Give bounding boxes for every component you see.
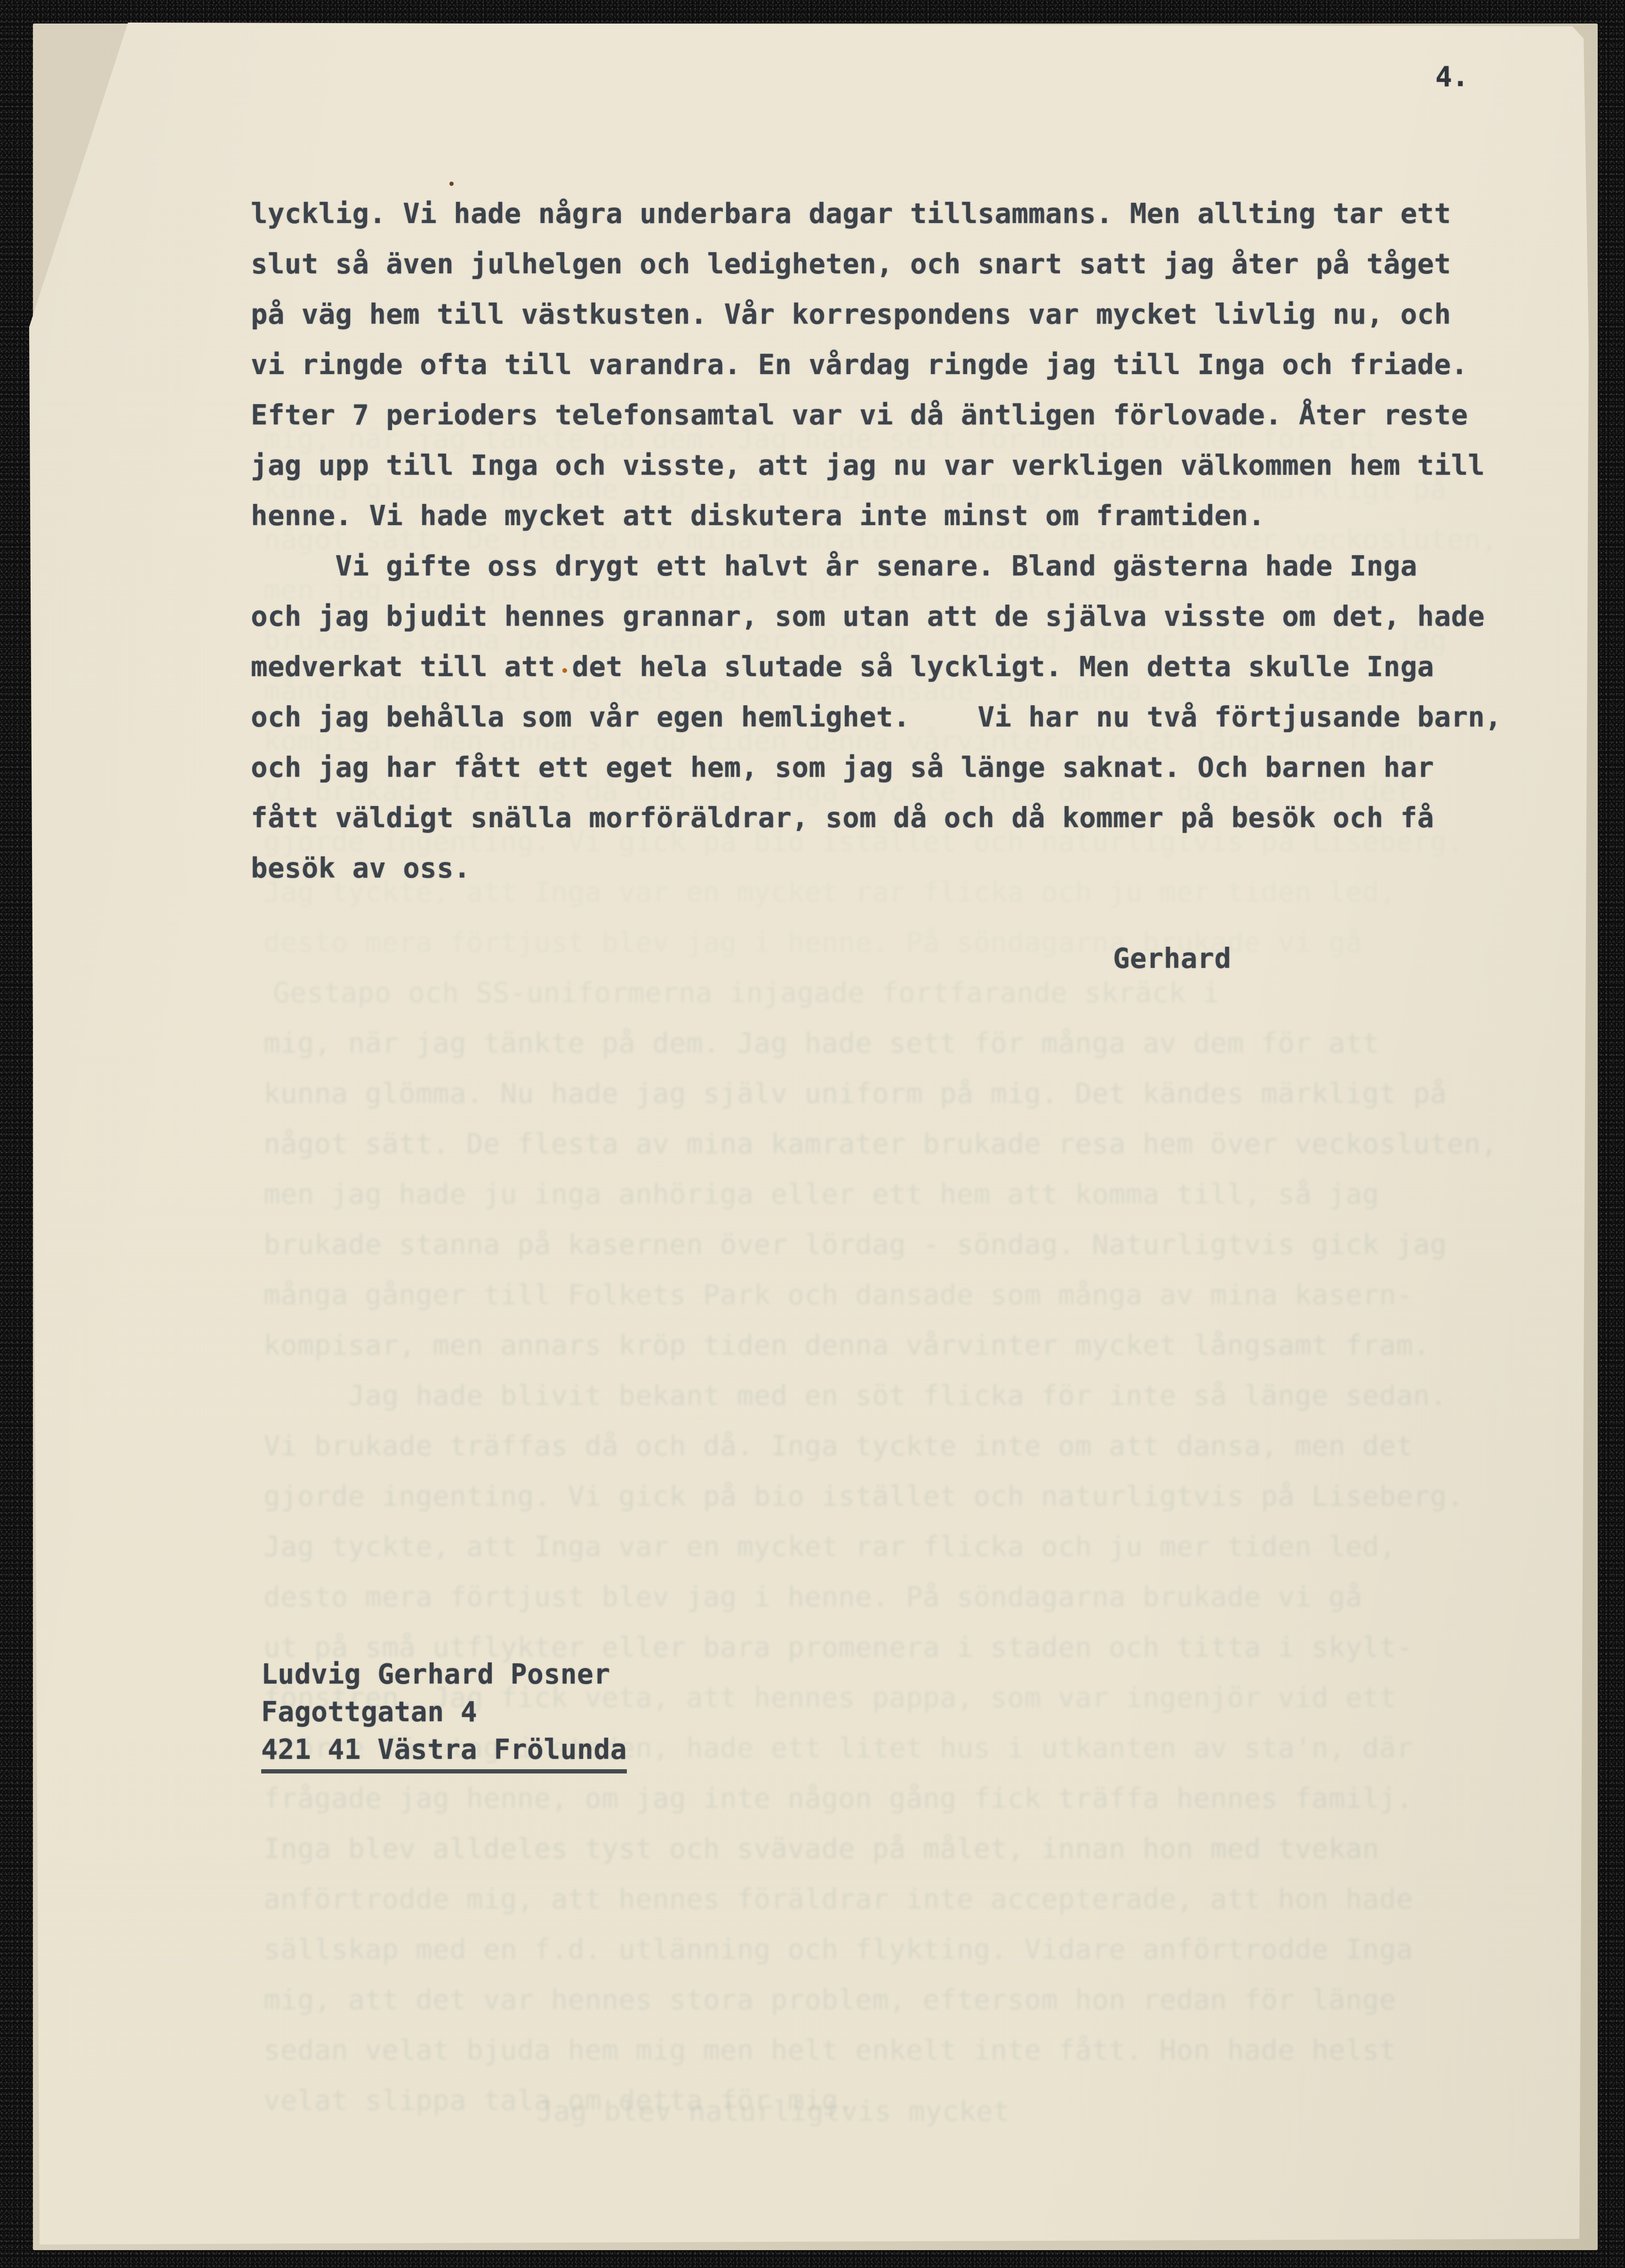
- letter-line: Vi gifte oss drygt ett halvt år senare. …: [251, 541, 1502, 591]
- bleedthrough-line: desto mera förtjust blev jag i henne. På…: [264, 1581, 1362, 1613]
- bleedthrough-line: Jag blev naturligtvis mycket: [536, 2095, 1010, 2127]
- sender-postal-city-underlined: 421 41 Västra Frölunda: [261, 1731, 627, 1773]
- letter-line: jag upp till Inga och visste, att jag nu…: [251, 440, 1502, 490]
- letter-body: lycklig. Vi hade några underbara dagar t…: [251, 188, 1502, 893]
- bleedthrough-line: anförtrodde mig, att hennes föräldrar in…: [264, 1883, 1413, 1915]
- sender-address-block: Ludvig Gerhard Posner Fagottgatan 4 421 …: [261, 1655, 627, 1768]
- letter-line: Efter 7 perioders telefonsamtal var vi d…: [251, 390, 1502, 440]
- bleedthrough-line: Gestapo och SS-uniformerna injagade fort…: [273, 976, 1220, 1009]
- bleedthrough-line: velat slippa tala om detta för mig.: [264, 2084, 855, 2116]
- letter-page: mig, när jag tänkte på dem. Jag hade set…: [28, 19, 1591, 2244]
- bleedthrough-line: Jag tyckte, att Inga var en mycket rar f…: [264, 1530, 1396, 1563]
- bleedthrough-line: frågade jag henne, om jag inte någon gån…: [264, 1782, 1413, 1814]
- sender-name: Ludvig Gerhard Posner: [261, 1655, 627, 1693]
- page-number: 4.: [1435, 60, 1469, 93]
- letter-line: och jag bjudit hennes grannar, som utan …: [251, 591, 1502, 641]
- bleedthrough-line: Jag hade blivit bekant med en söt flicka…: [264, 1379, 1447, 1412]
- letter-line: henne. Vi hade mycket att diskutera inte…: [251, 490, 1502, 541]
- ink-speck: [562, 668, 567, 673]
- sender-postal-city: 421 41 Västra Frölunda: [261, 1731, 627, 1768]
- bleedthrough-line: kompisar, men annars kröp tiden denna vå…: [264, 1329, 1430, 1361]
- bleedthrough-line: mig, när jag tänkte på dem. Jag hade set…: [264, 1027, 1379, 1059]
- bleedthrough-line: brukade stanna på kasernen över lördag -…: [264, 1228, 1447, 1261]
- letter-line: besök av oss.: [251, 843, 1502, 893]
- bleedthrough-line: men jag hade ju inga anhöriga eller ett …: [264, 1178, 1379, 1210]
- bleedthrough-line: något sätt. De flesta av mina kamrater b…: [264, 1127, 1497, 1160]
- letter-line: medverkat till att det hela slutade så l…: [251, 641, 1502, 692]
- letter-line: och jag har fått ett eget hem, som jag s…: [251, 742, 1502, 792]
- signature-name: Gerhard: [1113, 942, 1231, 974]
- photographed-document-scene: mig, när jag tänkte på dem. Jag hade set…: [0, 0, 1625, 2268]
- letter-line: vi ringde ofta till varandra. En vårdag …: [251, 339, 1502, 390]
- letter-line: på väg hem till västkusten. Vår korrespo…: [251, 289, 1502, 339]
- bleedthrough-line: Inga blev alldeles tyst och svävade på m…: [264, 1832, 1379, 1865]
- sender-street: Fagottgatan 4: [261, 1693, 627, 1731]
- letter-line: fått väldigt snälla morföräldrar, som då…: [251, 792, 1502, 843]
- letter-line: och jag behålla som vår egen hemlighet. …: [251, 692, 1502, 742]
- letter-line: lycklig. Vi hade några underbara dagar t…: [251, 188, 1502, 239]
- ink-speck: [449, 182, 454, 186]
- bleedthrough-line: mig, att det var hennes stora problem, e…: [264, 1983, 1396, 2016]
- bleedthrough-line: sedan velat bjuda hem mig men helt enkel…: [264, 2034, 1396, 2066]
- bleedthrough-line: gjorde ingenting. Vi gick på bio iställe…: [264, 1480, 1464, 1512]
- letter-line: slut så även julhelgen och ledigheten, o…: [251, 239, 1502, 289]
- bleedthrough-line: sällskap med en f.d. utlänning och flykt…: [264, 1933, 1413, 1965]
- bleedthrough-line: många gånger till Folkets Park och dansa…: [264, 1278, 1413, 1311]
- bleedthrough-line: Vi brukade träffas då och då. Inga tyckt…: [264, 1429, 1413, 1462]
- bleedthrough-line: kunna glömma. Nu hade jag själv uniform …: [264, 1077, 1447, 1110]
